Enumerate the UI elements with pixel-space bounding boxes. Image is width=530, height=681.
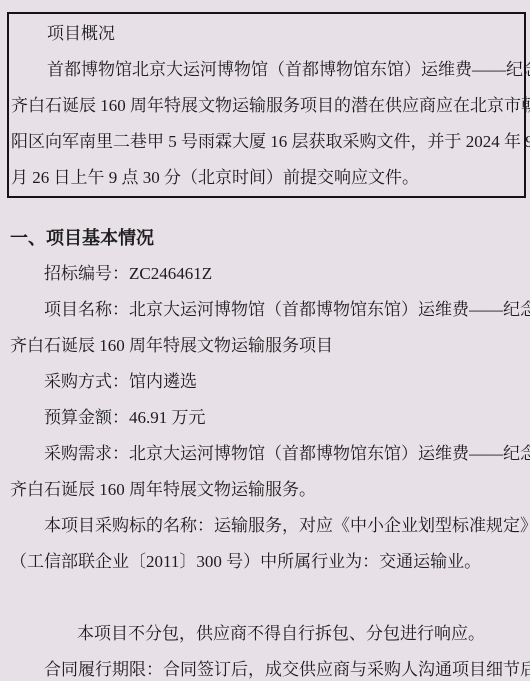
overview-line: 月 26 日上午 9 点 30 分（北京时间）前提交响应文件。 [11,160,524,196]
body-line-purchase-demand: 采购需求：北京大运河博物馆（首都博物馆东馆）运维费——纪念 [10,436,526,472]
body-line: （工信部联企业〔2011〕300 号）中所属行业为：交通运输业。 [10,544,526,580]
body-line-subject-name: 本项目采购标的名称：运输服务，对应《中小企业划型标准规定》 [10,508,526,544]
body-line: 齐白石诞辰 160 周年特展文物运输服务项目 [10,328,526,364]
body-line-budget-amount: 预算金额：46.91 万元 [10,400,526,436]
body-line: 齐白石诞辰 160 周年特展文物运输服务。 [10,472,526,508]
body-line-purchase-method: 采购方式：馆内遴选 [10,364,526,400]
blank-line [10,580,526,616]
body-line-tender-number: 招标编号：ZC246461Z [10,256,526,292]
section-heading: 一、项目基本情况 [10,220,526,256]
document-page: 项目概况 首都博物馆北京大运河博物馆（首都博物馆东馆）运维费——纪念 齐白石诞辰… [0,0,530,681]
body-line-no-subpackage: 本项目不分包，供应商不得自行拆包、分包进行响应。 [10,616,526,652]
section-basic-info: 一、项目基本情况 招标编号：ZC246461Z 项目名称：北京大运河博物馆（首都… [10,220,526,681]
overview-line: 首都博物馆北京大运河博物馆（首都博物馆东馆）运维费——纪念 [11,52,524,88]
project-overview-box: 项目概况 首都博物馆北京大运河博物馆（首都博物馆东馆）运维费——纪念 齐白石诞辰… [7,12,526,198]
overview-title: 项目概况 [11,16,524,52]
body-line-project-name: 项目名称：北京大运河博物馆（首都博物馆东馆）运维费——纪念 [10,292,526,328]
overview-line: 阳区向军南里二巷甲 5 号雨霖大厦 16 层获取采购文件，并于 2024 年 9 [11,124,524,160]
overview-line: 齐白石诞辰 160 周年特展文物运输服务项目的潜在供应商应在北京市朝 [11,88,524,124]
body-line-contract-term: 合同履行期限：合同签订后，成交供应商与采购人沟通项目细节后 [10,652,526,681]
